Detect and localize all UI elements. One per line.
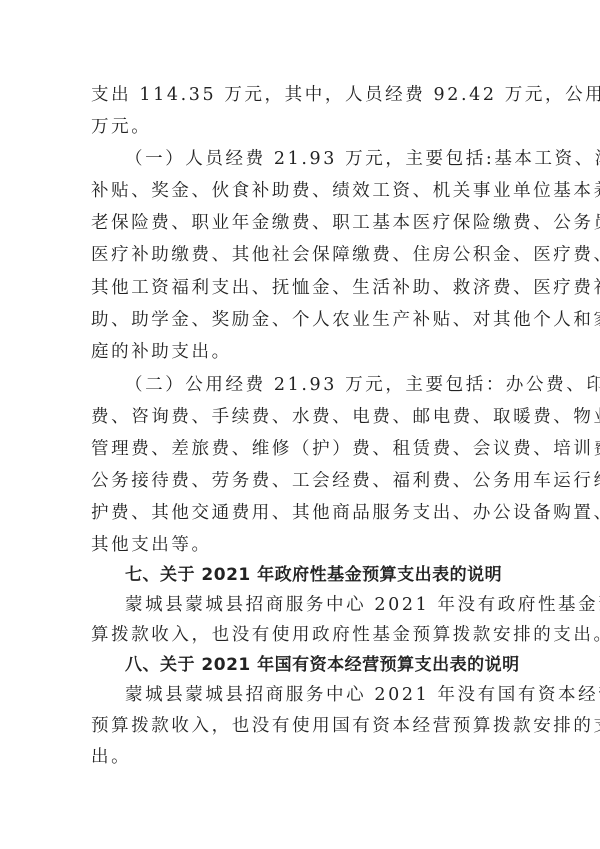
paragraph-line: 助、助学金、奖励金、个人农业生产补贴、对其他个人和家	[91, 309, 521, 331]
section-heading-8: 八、关于 2021 年国有资本经营预算支出表的说明	[125, 654, 555, 676]
paragraph-line: （一）人员经费 21.93 万元，主要包括:基本工资、津贴	[125, 148, 555, 170]
paragraph-line: （二）公用经费 21.93 万元，主要包括：办公费、印刷	[125, 374, 555, 396]
paragraph-line: 庭的补助支出。	[91, 341, 521, 363]
paragraph-line: 医疗补助缴费、其他社会保障缴费、住房公积金、医疗费、	[91, 244, 521, 266]
paragraph-line: 管理费、差旅费、维修（护）费、租赁费、会议费、培训费、	[91, 438, 521, 460]
paragraph-line: 蒙城县蒙城县招商服务中心 2021 年没有政府性基金预	[125, 594, 555, 616]
paragraph-line: 预算拨款收入，也没有使用国有资本经营预算拨款安排的支	[91, 715, 521, 737]
paragraph-line: 支出 114.35 万元，其中，人员经费 92.42 万元，公用经费 21.93	[91, 84, 521, 106]
paragraph-line: 万元。	[91, 116, 521, 138]
paragraph-line: 公务接待费、劳务费、工会经费、福利费、公务用车运行维	[91, 470, 521, 492]
paragraph-line: 出。	[91, 746, 521, 768]
paragraph-line: 其他工资福利支出、抚恤金、生活补助、救济费、医疗费补	[91, 277, 521, 299]
paragraph-line: 费、咨询费、手续费、水费、电费、邮电费、取暖费、物业	[91, 406, 521, 428]
paragraph-line: 蒙城县蒙城县招商服务中心 2021 年没有国有资本经营	[125, 684, 555, 706]
paragraph-line: 老保险费、职业年金缴费、职工基本医疗保险缴费、公务员	[91, 212, 521, 234]
paragraph-line: 算拨款收入，也没有使用政府性基金预算拨款安排的支出。	[91, 624, 521, 646]
section-heading-7: 七、关于 2021 年政府性基金预算支出表的说明	[125, 564, 555, 586]
paragraph-line: 补贴、奖金、伙食补助费、绩效工资、机关事业单位基本养	[91, 180, 521, 202]
paragraph-line: 护费、其他交通费用、其他商品服务支出、办公设备购置、	[91, 502, 521, 524]
document-page: 支出 114.35 万元，其中，人员经费 92.42 万元，公用经费 21.93…	[0, 0, 600, 849]
paragraph-line: 其他支出等。	[91, 534, 521, 556]
